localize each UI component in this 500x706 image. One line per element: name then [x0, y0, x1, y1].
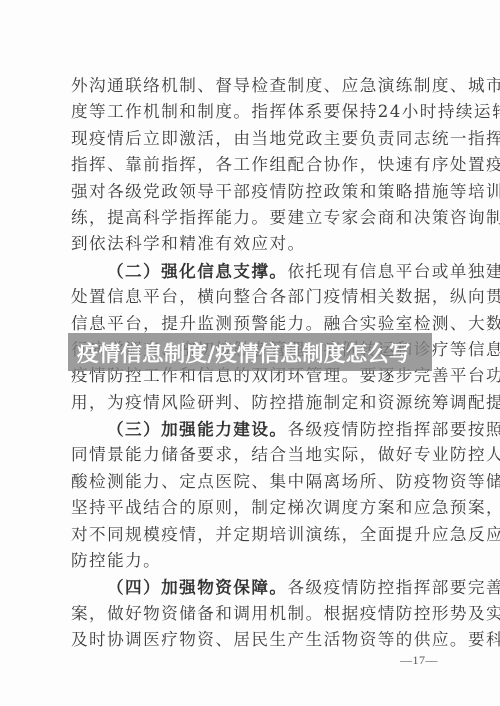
document-page: 外沟通联络机制、督导检查制度、应急演练制度、城市支援制 度等工作机制和制度。指挥…: [0, 0, 500, 706]
text-line: 度等工作机制和制度。指挥体系要保持24小时持续运转，发: [71, 99, 435, 125]
title-overlay-banner: 疫情信息制度/疫情信息制度怎么写: [68, 333, 432, 371]
text-line: 处置信息平台，横向整合各部门疫情相关数据，纵向贯通国家: [71, 284, 435, 310]
text-line: 同情景能力储备要求，结合当地实际，做好专业防控人员、核: [71, 442, 435, 468]
text-line: 外沟通联络机制、督导检查制度、应急演练制度、城市支援制: [71, 73, 435, 99]
page-number: —17—: [400, 653, 438, 668]
text-line: 现疫情后立即激活，由当地党政主要负责同志统一指挥、联合: [71, 126, 435, 152]
text-line: 案，做好物资储备和调用机制。根据疫情防控形势及实际需要，: [71, 601, 435, 627]
text-run: 各级疫情防控指挥部要完善应急预: [287, 578, 500, 597]
overlay-title: 疫情信息制度/疫情信息制度怎么写: [77, 337, 411, 368]
text-line: 练，提高科学指挥能力。要建立专家会商和决策咨询制度，做: [71, 205, 435, 231]
text-line: 用，为疫情风险研判、防控措施制定和资源统筹调配提供支撑。: [71, 390, 435, 416]
text-line: 防控能力。: [71, 548, 435, 574]
text-line: 坚持平战结合的原则，制定梯次调度方案和应急预案，高效应: [71, 495, 435, 521]
section-heading-line: （三）加强能力建设。各级疫情防控指挥部要按照疫情不: [71, 416, 435, 442]
section-heading-4: （四）加强物资保障。: [107, 577, 287, 597]
section-heading-3: （三）加强能力建设。: [107, 419, 287, 439]
text-line: 及时协调医疗物资、居民生产生活物资等的供应。要科学规范: [71, 627, 435, 653]
section-heading-line: （四）加强物资保障。各级疫情防控指挥部要完善应急预: [71, 574, 435, 600]
text-run: 依托现有信息平台或单独建设应急: [287, 262, 500, 281]
section-heading-2: （二）强化信息支撑。: [107, 261, 287, 281]
text-run: 各级疫情防控指挥部要按照疫情不: [287, 420, 500, 439]
section-heading-line: （二）强化信息支撑。依托现有信息平台或单独建设应急: [71, 258, 435, 284]
text-line: 对不同规模疫情，并定期培训演练，全面提升应急反应和精准: [71, 522, 435, 548]
text-line: 强对各级党政领导干部疫情防控政策和策略措施等培训、演: [71, 179, 435, 205]
text-line: 指挥、靠前指挥，各工作组配合协作，快速有序处置疫情。加: [71, 152, 435, 178]
text-line: 酸检测能力、定点医院、集中隔离场所、防疫物资等储备。要: [71, 469, 435, 495]
text-line: 到依法科学和精准有效应对。: [71, 231, 435, 257]
